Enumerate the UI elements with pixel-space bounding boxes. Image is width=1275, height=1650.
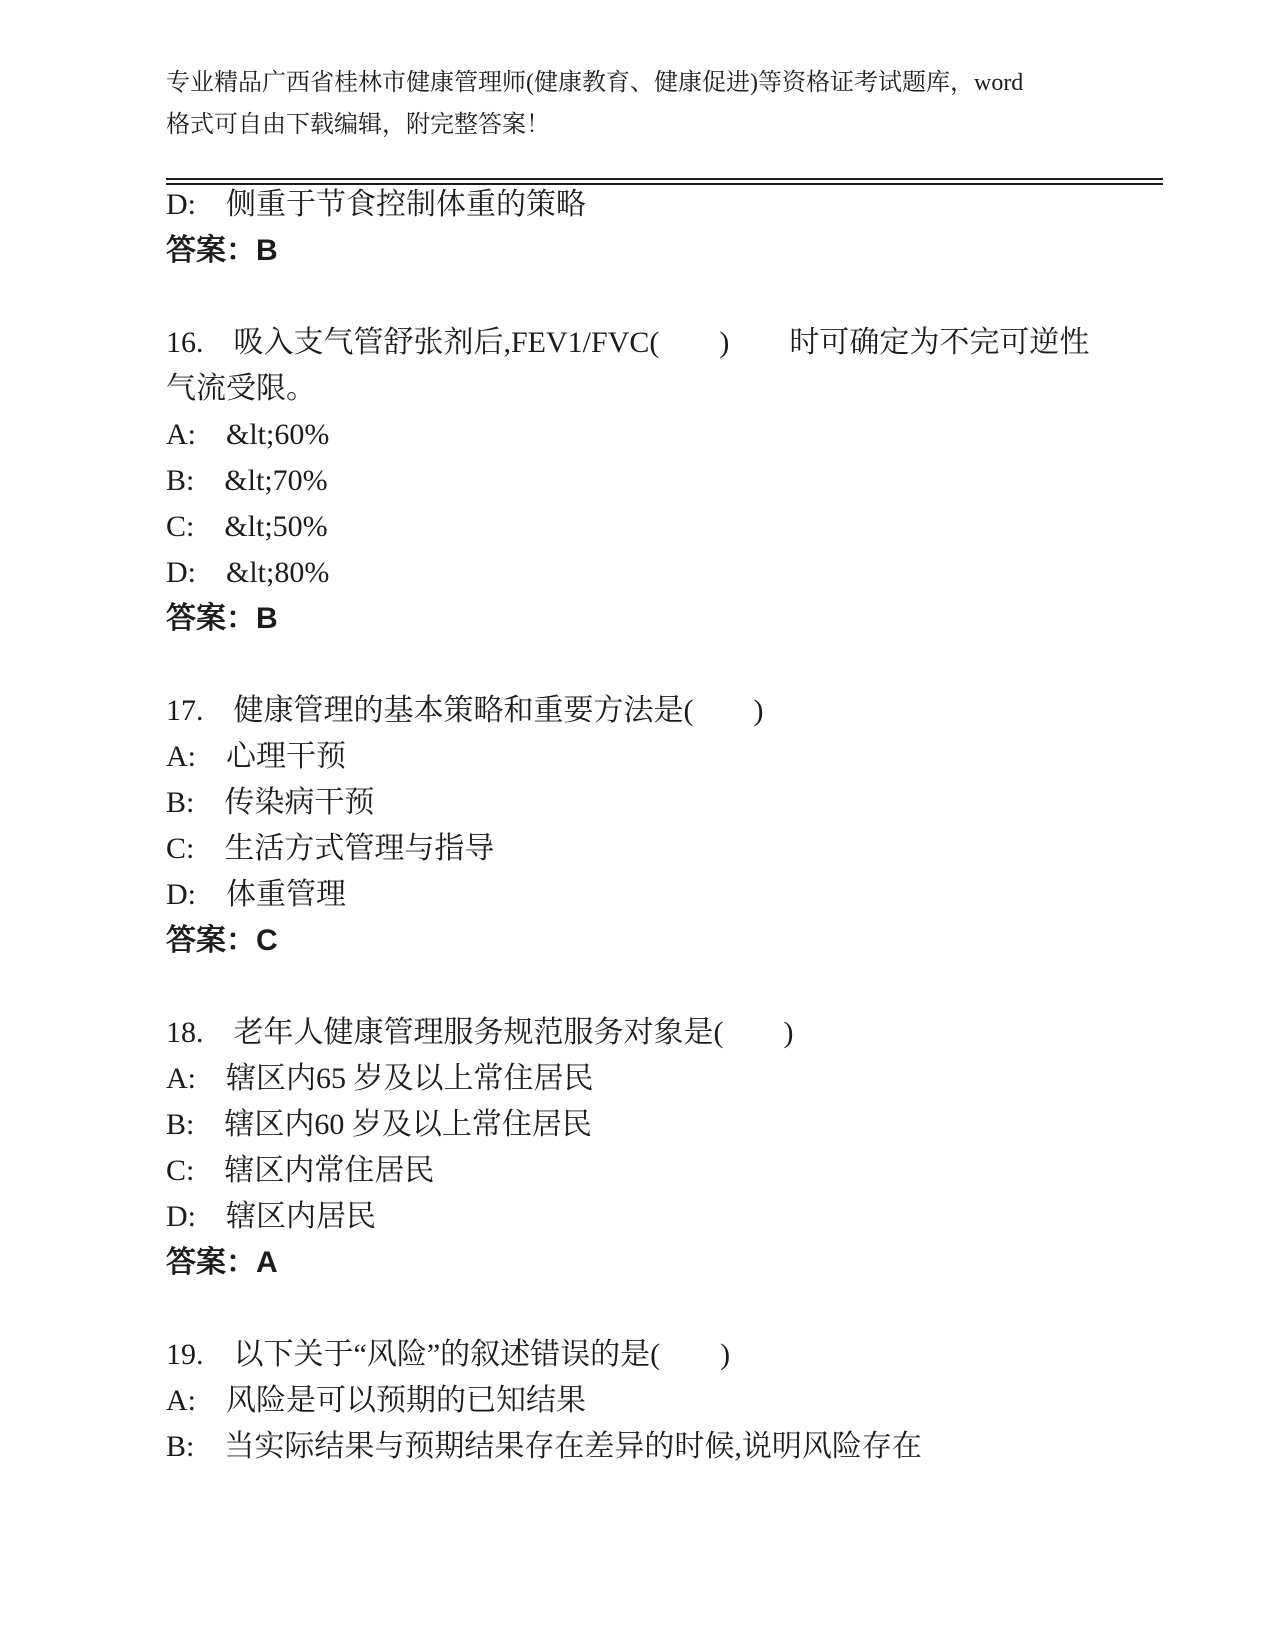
option-line: B: 辖区内60 岁及以上常住居民 <box>166 1102 1163 1148</box>
questions: 16. 吸入支气管舒张剂后,FEV1/FVC( ) 时可确定为不完可逆性气流受限… <box>166 274 1163 1470</box>
blank-line <box>166 1286 1163 1332</box>
option-line: D: 辖区内居民 <box>166 1194 1163 1240</box>
option-line: B: 当实际结果与预期结果存在差异的时候,说明风险存在 <box>166 1424 1163 1470</box>
header-line-1: 专业精品广西省桂林市健康管理师(健康教育、健康促进)等资格证考试题库，word <box>166 62 1163 104</box>
question-stem-line: 18. 老年人健康管理服务规范服务对象是( ) <box>166 1010 1163 1056</box>
question-stem-line: 17. 健康管理的基本策略和重要方法是( ) <box>166 688 1163 734</box>
answer-line: 答案：C <box>166 918 1163 964</box>
blank-line <box>166 274 1163 320</box>
carryover-block: D: 侧重于节食控制体重的策略 答案：B <box>166 182 1163 274</box>
answer-line: 答案：B <box>166 596 1163 642</box>
option-line: A: 辖区内65 岁及以上常住居民 <box>166 1056 1163 1102</box>
question-block: 16. 吸入支气管舒张剂后,FEV1/FVC( ) 时可确定为不完可逆性气流受限… <box>166 320 1163 642</box>
blank-line <box>166 964 1163 1010</box>
option-line: D: &lt;80% <box>166 550 1163 596</box>
option-line: A: 风险是可以预期的已知结果 <box>166 1378 1163 1424</box>
option-line: B: &lt;70% <box>166 458 1163 504</box>
document-page: 专业精品广西省桂林市健康管理师(健康教育、健康促进)等资格证考试题库，word … <box>0 0 1275 1650</box>
question-block: 17. 健康管理的基本策略和重要方法是( )A: 心理干预B: 传染病干预C: … <box>166 688 1163 964</box>
question-stem-line: 16. 吸入支气管舒张剂后,FEV1/FVC( ) 时可确定为不完可逆性 <box>166 320 1163 366</box>
option-line: B: 传染病干预 <box>166 780 1163 826</box>
header-line-2: 格式可自由下载编辑，附完整答案！ <box>166 104 1163 146</box>
question-block: 18. 老年人健康管理服务规范服务对象是( )A: 辖区内65 岁及以上常住居民… <box>166 1010 1163 1286</box>
question-block: 19. 以下关于“风险”的叙述错误的是( )A: 风险是可以预期的已知结果B: … <box>166 1332 1163 1470</box>
option-line: D: 体重管理 <box>166 872 1163 918</box>
question-stem-line: 19. 以下关于“风险”的叙述错误的是( ) <box>166 1332 1163 1378</box>
blank-line <box>166 642 1163 688</box>
document-body: D: 侧重于节食控制体重的策略 答案：B 16. 吸入支气管舒张剂后,FEV1/… <box>166 182 1163 1470</box>
option-line: C: 生活方式管理与指导 <box>166 826 1163 872</box>
option-line: C: 辖区内常住居民 <box>166 1148 1163 1194</box>
question-stem-line: 气流受限。 <box>166 366 1163 412</box>
option-line: C: &lt;50% <box>166 504 1163 550</box>
answer-line: 答案：B <box>166 228 1163 274</box>
answer-line: 答案：A <box>166 1240 1163 1286</box>
option-line: A: 心理干预 <box>166 734 1163 780</box>
option-line: A: &lt;60% <box>166 412 1163 458</box>
page-header: 专业精品广西省桂林市健康管理师(健康教育、健康促进)等资格证考试题库，word … <box>166 62 1163 185</box>
option-line: D: 侧重于节食控制体重的策略 <box>166 182 1163 228</box>
